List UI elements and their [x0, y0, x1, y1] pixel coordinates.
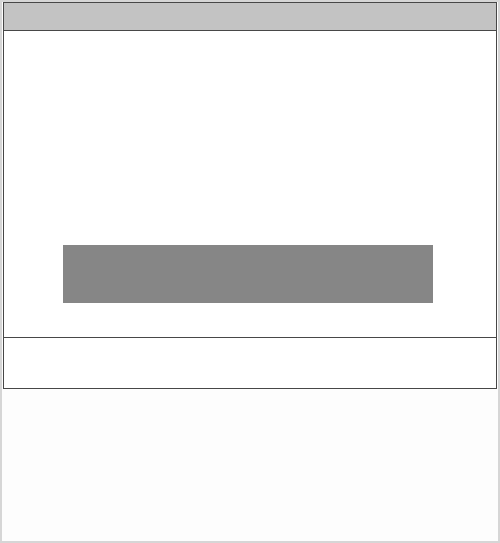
note-row [4, 338, 496, 388]
epidemic-zone-table [3, 2, 497, 389]
document-page [0, 0, 500, 543]
section-header [4, 3, 496, 31]
watermark-overlay [63, 245, 433, 303]
